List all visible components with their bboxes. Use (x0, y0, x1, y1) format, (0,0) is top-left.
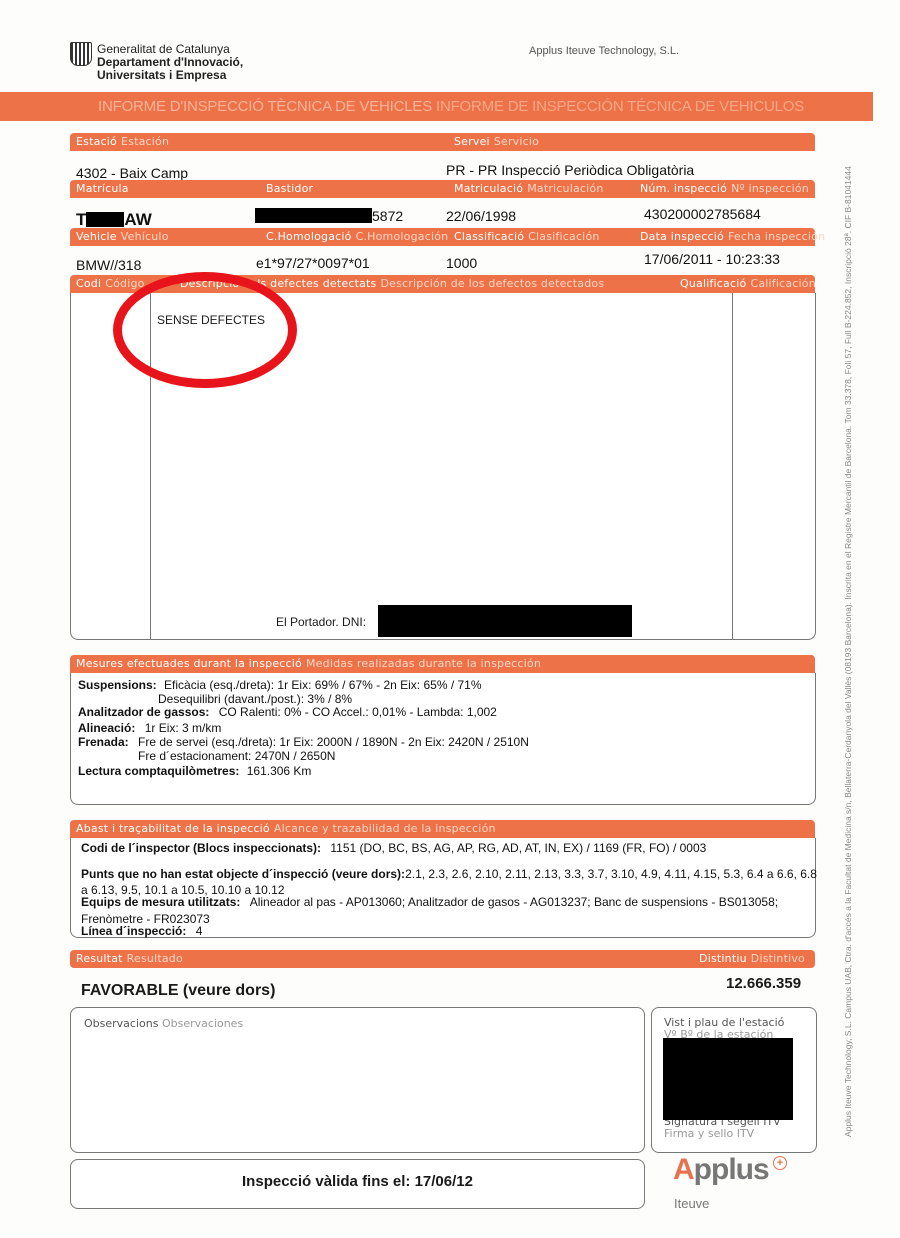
label-mesures: Mesures efectuades durant la inspecció (76, 657, 302, 670)
measures-header-bar: Mesures efectuades durant la inspeccióMe… (70, 655, 815, 673)
suspensions-line1: Suspensions: Eficàcia (esq./dreta): 1r E… (78, 678, 482, 692)
label-vehicle: Vehicle (76, 230, 117, 243)
result-value: FAVORABLE (veure dors) (81, 982, 275, 1000)
label-estacio: Estació (76, 135, 117, 148)
label-alcance: Alcance y trazabilidad de la inspección (274, 822, 496, 835)
signatura-es: Firma y sello ITV (664, 1127, 754, 1140)
frenada-line1: Frenada: Fre de servei (esq./dreta): 1r … (78, 735, 529, 749)
linea-value: 4 (196, 924, 203, 938)
gasos-label: Analitzador de gassos: (78, 705, 209, 719)
label-fecha-inspeccion: Fecha inspección (728, 230, 825, 243)
homologacio-value: e1*97/27*0097*01 (256, 255, 370, 271)
gov-line3: Universitats i Empresa (97, 68, 226, 82)
qualif-column-divider (732, 293, 733, 639)
gasos-value: CO Ralenti: 0% - CO Accel.: 0,01% - Lamb… (219, 705, 497, 719)
classificacio-value: 1000 (446, 255, 477, 271)
applus-logo: Applus (673, 1153, 769, 1187)
redacted-signature (663, 1038, 793, 1120)
matricula-prefix: T (76, 210, 86, 229)
label-distintivo: Distintivo (751, 952, 805, 965)
redacted-dni (378, 605, 632, 637)
inspector-label: Codi de l´inspector (Blocs inspeccionats… (81, 841, 321, 855)
label-clasificacion: Clasificación (528, 230, 599, 243)
label-codi: Codi (76, 277, 101, 290)
label-matricula: Matrícula (76, 182, 129, 195)
label-observaciones: Observaciones (162, 1017, 243, 1030)
label-classificacio: Classificació (454, 230, 524, 243)
punts-label: Punts que no han estat objecte d´inspecc… (81, 867, 405, 881)
label-estacion: Estación (121, 135, 169, 148)
label-matriculacio: Matriculació (454, 182, 523, 195)
title-banner: INFORME D'INSPECCIÓ TÈCNICA DE VEHICLES … (0, 92, 873, 121)
company-name: Applus Iteuve Technology, S.L. (529, 45, 679, 57)
label-bastidor: Bastidor (266, 182, 313, 195)
label-distintiu: Distintiu (699, 952, 747, 965)
punts-value-1: 2.1, 2.3, 2.6, 2.10, 2.11, 2.13, 3.3, 3.… (405, 867, 817, 881)
label-qualificacio: Qualificació (680, 277, 746, 290)
matricula-value: TAW (76, 210, 152, 230)
label-num-inspeccion: Nº inspección (731, 182, 809, 195)
vehicle-header-bar: VehicleVehículo C.HomologacióC.Homologac… (70, 228, 815, 246)
servei-value: PR - PR Inspecció Periòdica Obligatòria (446, 162, 694, 178)
applus-sub: Iteuve (674, 1196, 709, 1211)
side-legal-text: Applus Iteuve Technology, S.L. Campus UA… (843, 132, 853, 1137)
applus-plus-icon: + (773, 1156, 787, 1170)
label-codigo: Código (105, 277, 144, 290)
alineacio-line: Alineació: 1r Eix: 3 m/km (78, 721, 221, 735)
logo-pplus: pplus (694, 1153, 769, 1186)
suspensions-line2: Desequilibri (davant./post.): 3% / 8% (158, 692, 352, 706)
gov-line1: Generalitat de Catalunya (97, 42, 230, 56)
frenada-line2: Fre d´estacionament: 2470N / 2650N (138, 749, 335, 763)
label-abast: Abast i traçabilitat de la inspecció (76, 822, 270, 835)
label-data-inspeccio: Data inspecció (640, 230, 724, 243)
linea-label: Línea d´inspecció: (81, 924, 186, 938)
alineacio-label: Alineació: (78, 721, 135, 735)
label-resultat: Resultat (76, 952, 123, 965)
km-line: Lectura comptaquilòmetres: 161.306 Km (78, 764, 311, 778)
banner-title-ca: INFORME D'INSPECCIÓ TÈCNICA DE VEHICLES (98, 98, 432, 115)
data-inspeccio-value: 17/06/2011 - 10:23:33 (644, 251, 780, 267)
alineacio-value: 1r Eix: 3 m/km (145, 721, 222, 735)
linea-line: Línea d´inspecció: 4 (81, 924, 202, 938)
estacio-value: 4302 - Baix Camp (76, 165, 188, 181)
red-circle-annotation (113, 272, 297, 388)
frenada-servei: Fre de servei (esq./dreta): 1r Eix: 2000… (138, 735, 529, 749)
inspector-value: 1151 (DO, BC, BS, AG, AP, RG, AD, AT, IN… (330, 841, 706, 855)
label-num-inspeccio: Núm. inspecció (640, 182, 727, 195)
estacio-header-bar: EstacióEstación ServeiServicio (70, 133, 815, 151)
validity-text: Inspecció vàlida fins el: 17/06/12 (71, 1173, 644, 1190)
label-matriculacion: Matriculación (527, 182, 603, 195)
label-vehiculo: Vehículo (121, 230, 169, 243)
equips-value-1: Alineador al pas - AP013060; Analitzador… (250, 895, 778, 909)
matricula-header-bar: Matrícula Bastidor MatriculacióMatricula… (70, 180, 815, 198)
label-homologacio: C.Homologació (266, 230, 352, 243)
km-value: 161.306 Km (247, 764, 312, 778)
matriculacio-value: 22/06/1998 (446, 208, 516, 224)
equips-line1: Equips de mesura utilitzats: Alineador a… (81, 895, 778, 909)
frenada-label: Frenada: (78, 735, 129, 749)
result-header-bar: ResultatResultado DistintiuDistintivo (70, 950, 815, 968)
inspector-line: Codi de l´inspector (Blocs inspeccionats… (81, 841, 706, 855)
banner-title-es: INFORME DE INSPECCIÓN TÉCNICA DE VEHICUL… (436, 98, 804, 115)
gov-line2: Departament d'Innovació, (97, 55, 243, 69)
observations-box: Observacions Observaciones (70, 1007, 645, 1153)
label-resultado: Resultado (127, 952, 183, 965)
redacted-bastidor (255, 208, 372, 223)
num-inspeccio-value: 430200002785684 (644, 206, 761, 222)
validity-box: Inspecció vàlida fins el: 17/06/12 (70, 1159, 645, 1209)
gasos-line: Analitzador de gassos: CO Ralenti: 0% - … (78, 705, 497, 719)
km-label: Lectura comptaquilòmetres: (78, 764, 239, 778)
equips-label: Equips de mesura utilitzats: (81, 895, 240, 909)
label-servei: Servei (454, 135, 490, 148)
redacted-plate (86, 212, 124, 227)
bastidor-value: 5872 (372, 208, 403, 224)
logo-a: A (673, 1153, 694, 1186)
portador-label: El Portador. DNI: (276, 615, 366, 629)
label-homologacion: C.Homologación (356, 230, 449, 243)
suspensions-eficacia: Eficàcia (esq./dreta): 1r Eix: 69% / 67%… (164, 678, 481, 692)
generalitat-emblem-icon (70, 42, 92, 66)
vehicle-value: BMW//318 (76, 257, 141, 273)
distintiu-value: 12.666.359 (726, 975, 801, 992)
scope-header-bar: Abast i traçabilitat de la inspeccióAlca… (70, 820, 815, 838)
suspensions-label: Suspensions: (78, 678, 157, 692)
label-descripcion: Descripción de los defectos detectados (380, 277, 604, 290)
label-calificacion: Calificación (750, 277, 815, 290)
label-servicio: Servicio (494, 135, 539, 148)
matricula-suffix: AW (124, 210, 151, 229)
label-observacions: Observacions (84, 1017, 158, 1030)
punts-line1: Punts que no han estat objecte d´inspecc… (81, 867, 817, 881)
label-medidas: Medidas realizadas durante la inspección (306, 657, 541, 670)
